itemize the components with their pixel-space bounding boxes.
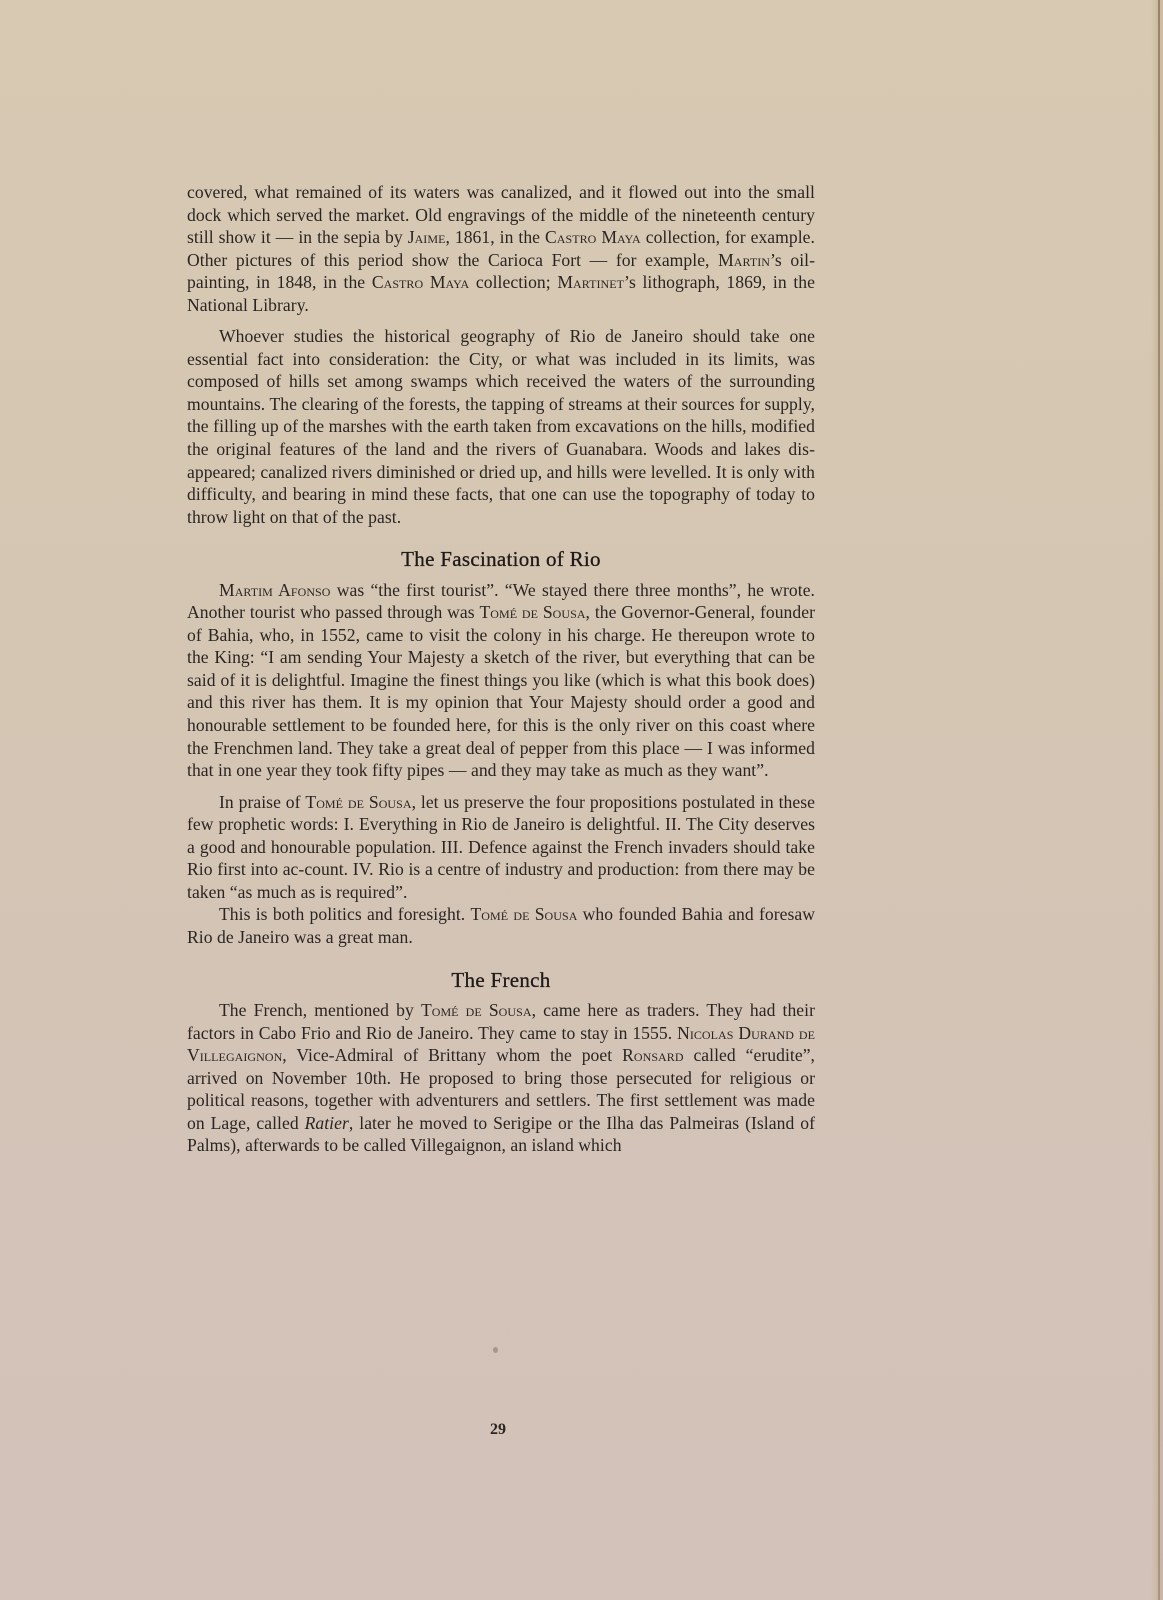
name-martin: Martin [718,250,770,270]
name-ratier: Ratier [305,1113,349,1133]
name-ronsard: Ronsard [622,1045,683,1065]
name-tome-de-sousa: Tomé de Sousa [421,1000,532,1020]
paragraph-historical-geography: Whoever studies the historical geography… [187,325,815,528]
name-castro-maya: Castro Maya [545,227,641,247]
paragraph-first-tourist: Martim Afonso was “the first tourist”. “… [187,579,815,782]
name-martinet: Martinet [557,272,624,292]
name-tome-de-sousa: Tomé de Sousa [479,602,585,622]
name-castro-maya: Castro Maya [372,272,469,292]
body-text: covered, what remained of its waters was… [187,181,815,1157]
page-edge-line [1158,0,1160,1600]
name-tome-de-sousa: Tomé de Sousa [305,792,411,812]
paragraph-four-propositions: In praise of Tomé de Sousa, let us prese… [187,791,815,904]
paragraph-canalized-waters: covered, what remained of its waters was… [187,181,815,316]
paragraph-politics-foresight: This is both politics and foresight. Tom… [187,903,815,948]
page-number: 29 [490,1421,506,1439]
page-edge-shadow [1151,0,1163,1600]
name-martim-afonso: Martim Afonso [219,580,331,600]
name-jaime: Jaime [408,227,446,247]
section-heading-fascination-of-rio: The Fascination of Rio [187,548,815,571]
name-tome-de-sousa: Tomé de Sousa [471,904,578,924]
paragraph-french-traders: The French, mentioned by Tomé de Sousa, … [187,999,815,1157]
section-heading-the-french: The French [187,969,815,992]
paper-speck [493,1347,498,1353]
